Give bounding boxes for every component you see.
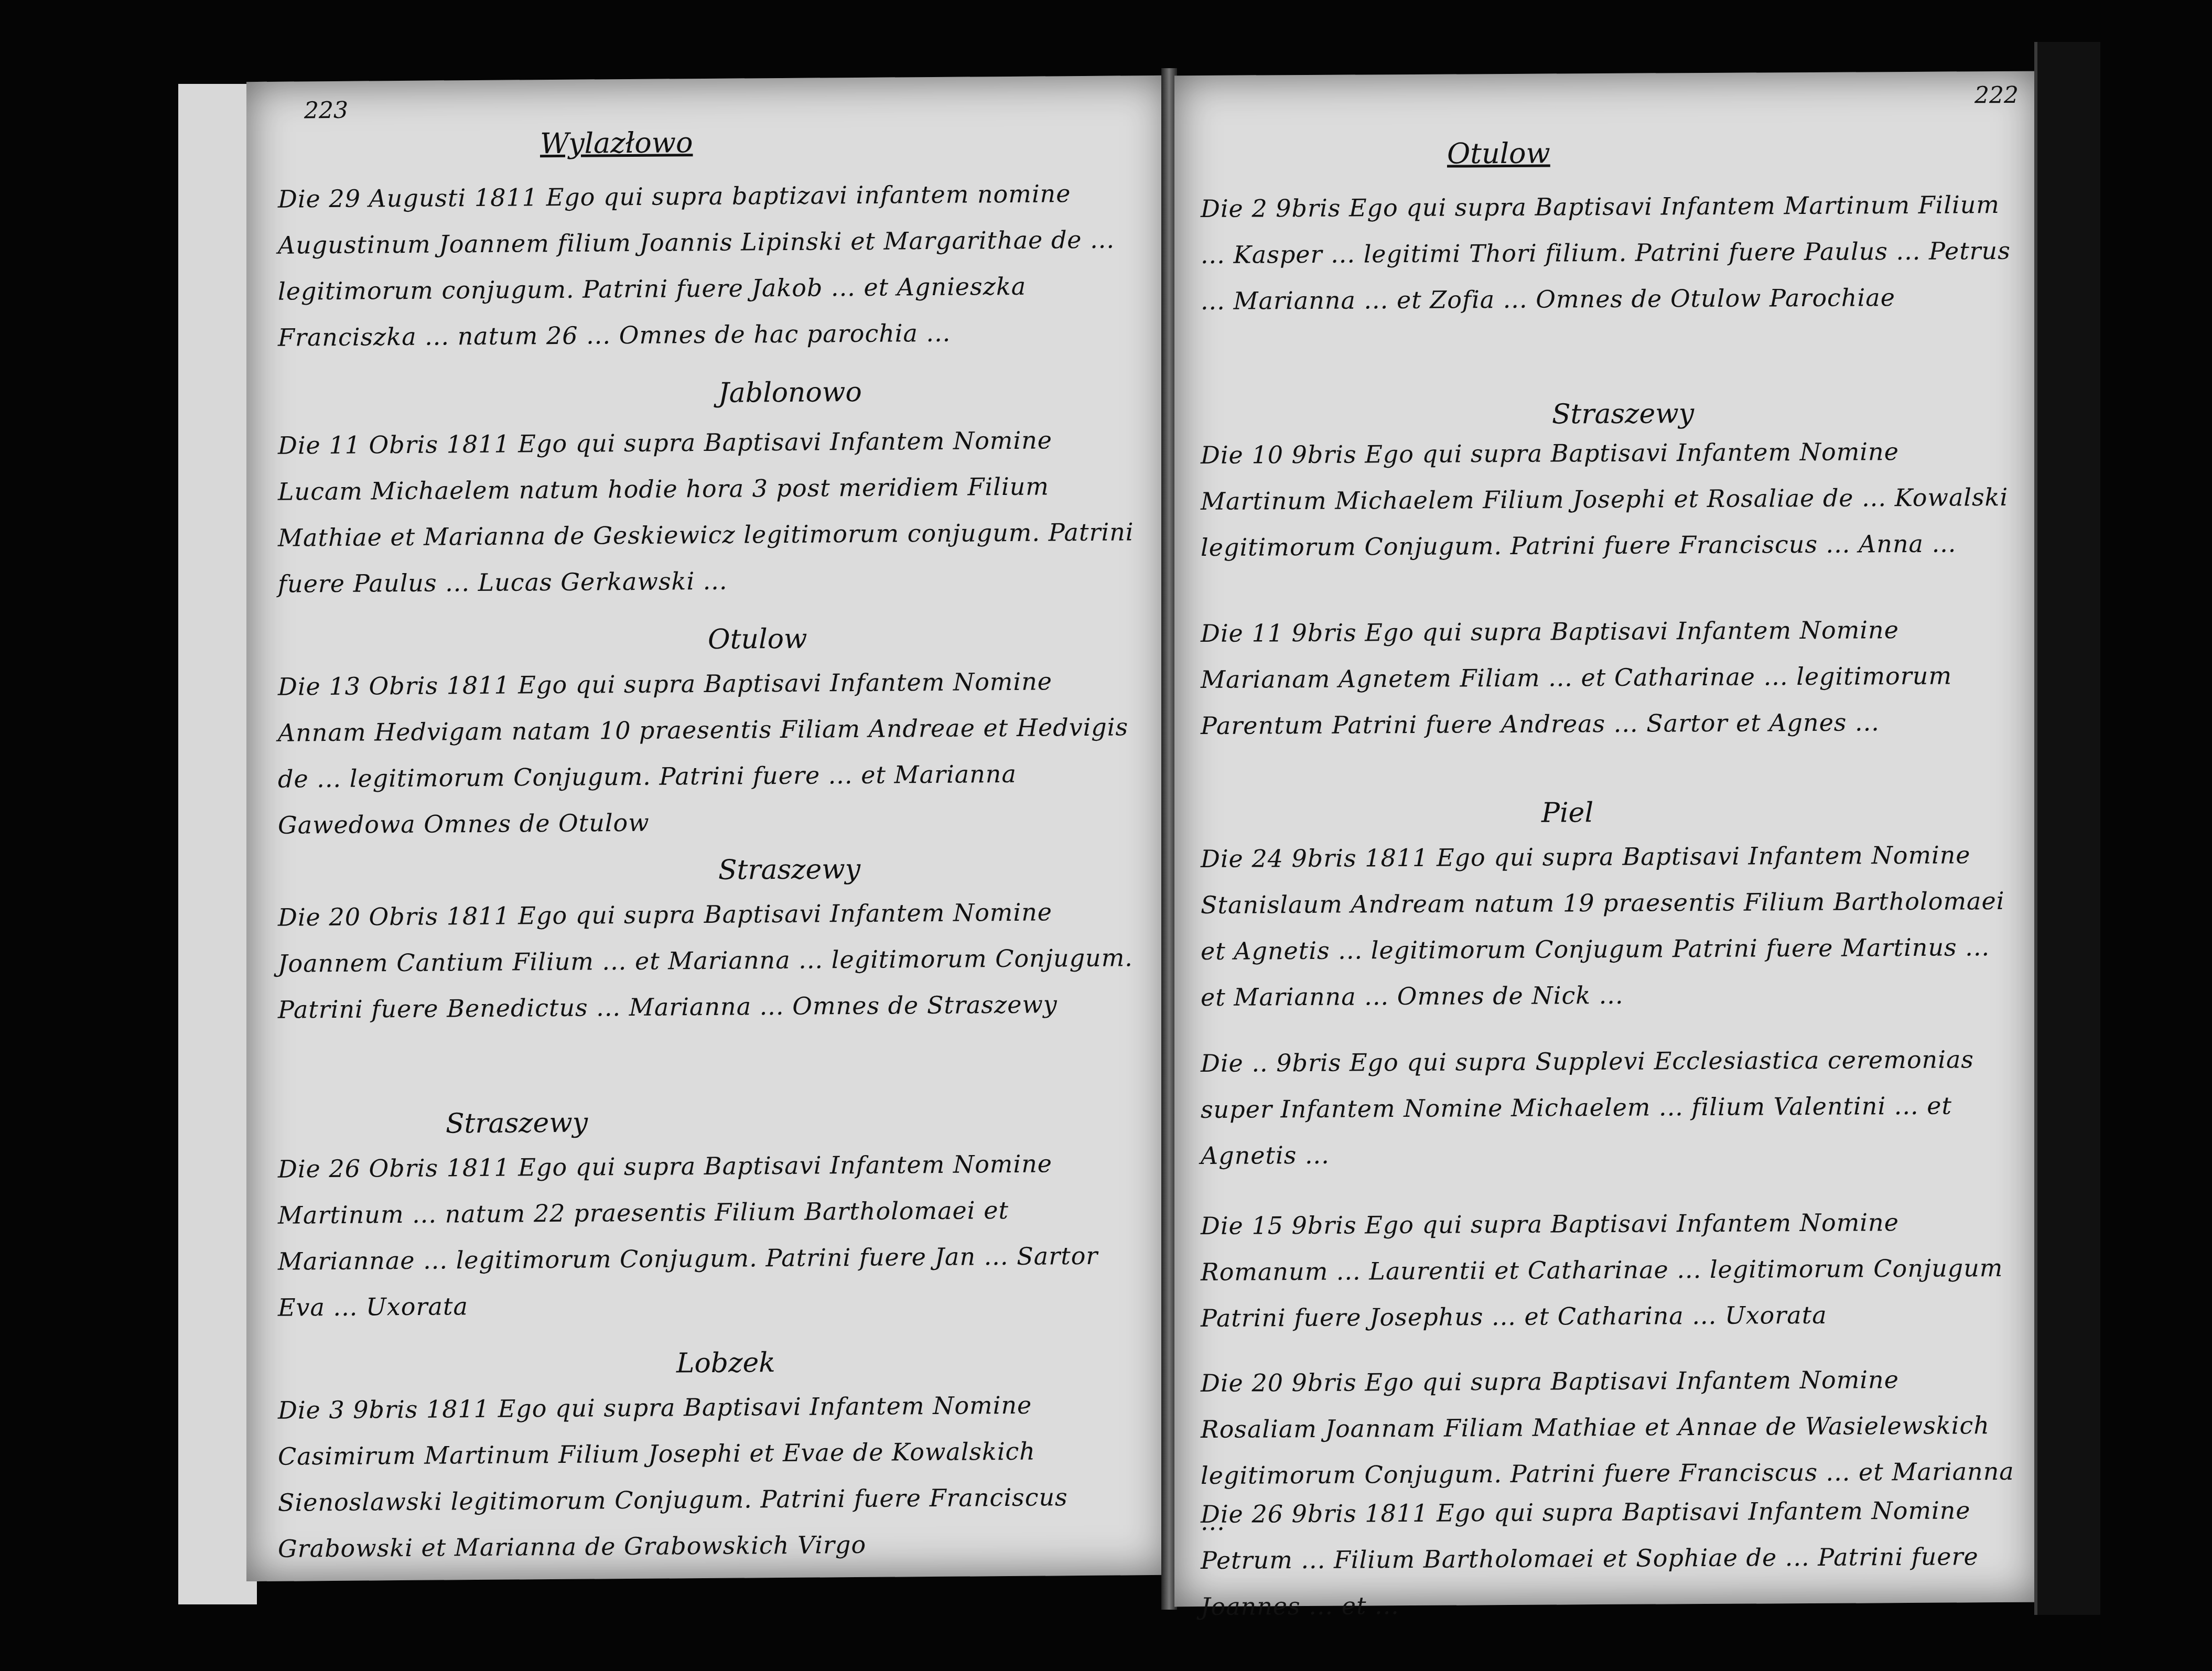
- book-cover-edge: [2034, 42, 2100, 1615]
- register-entry: Die 10 9bris Ego qui supra Baptisavi Inf…: [1201, 428, 2019, 570]
- village-name: Jablonowo: [718, 376, 862, 409]
- village-name: Piel: [1541, 797, 1593, 829]
- page-number: 222: [1974, 82, 2019, 109]
- register-entry: Die 11 9bris Ego qui supra Baptisavi Inf…: [1201, 606, 2019, 749]
- register-entry: Die 24 9bris 1811 Ego qui supra Baptisav…: [1201, 832, 2019, 1020]
- village-name: Straszewy: [446, 1107, 588, 1140]
- page-edge: [178, 84, 257, 1604]
- register-entry: Die 26 Obris 1811 Ego qui supra Baptisav…: [278, 1140, 1138, 1330]
- register-entry: Die 13 Obris 1811 Ego qui supra Baptisav…: [278, 657, 1138, 848]
- village-name: Otulow: [708, 623, 807, 655]
- register-entry: Die 2 9bris Ego qui supra Baptisavi Infa…: [1201, 181, 2019, 324]
- register-entry: Die 29 Augusti 1811 Ego qui supra baptiz…: [278, 170, 1138, 360]
- scanned-book-spread: 223 Wylazłowo Die 29 Augusti 1811 Ego qu…: [0, 0, 2212, 1671]
- page-header: Wylazłowo: [540, 126, 693, 160]
- register-entry: Die 11 Obris 1811 Ego qui supra Baptisav…: [278, 416, 1138, 607]
- left-page: 223 Wylazłowo Die 29 Augusti 1811 Ego qu…: [246, 76, 1169, 1581]
- village-name: Straszewy: [718, 854, 860, 886]
- register-entry: Die .. 9bris Ego qui supra Supplevi Eccl…: [1201, 1036, 2019, 1179]
- register-entry: Die 26 9bris 1811 Ego qui supra Baptisav…: [1201, 1487, 2019, 1630]
- page-header: Otulow: [1447, 137, 1550, 170]
- register-entry: Die 3 9bris 1811 Ego qui supra Baptisavi…: [278, 1381, 1138, 1571]
- page-number: 223: [304, 97, 348, 124]
- register-entry: Die 20 Obris 1811 Ego qui supra Baptisav…: [278, 888, 1138, 1032]
- village-name: Straszewy: [1552, 398, 1694, 430]
- right-page: 222 Otulow Die 2 9bris Ego qui supra Bap…: [1174, 71, 2040, 1607]
- register-entry: Die 15 9bris Ego qui supra Baptisavi Inf…: [1201, 1199, 2019, 1341]
- village-name: Lobzek: [676, 1347, 775, 1379]
